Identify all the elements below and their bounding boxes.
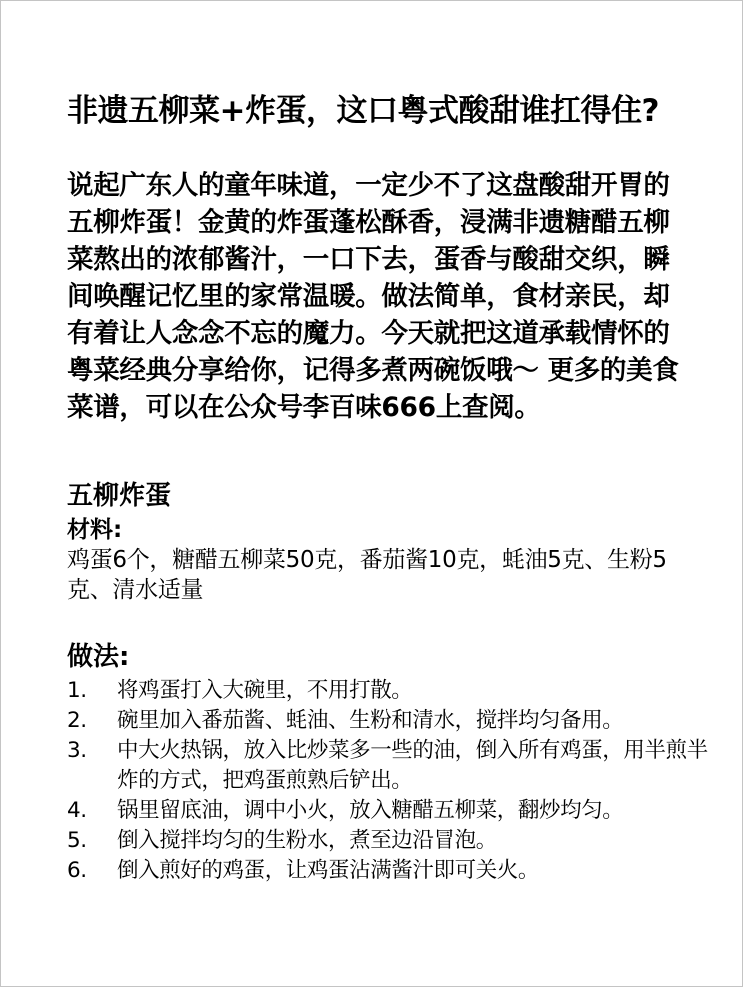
step-item: 3. 中大火热锅，放入比炒菜多一些的油，倒入所有鸡蛋，用半煎半炸的方式，把鸡蛋煎…: [67, 736, 727, 796]
step-item: 4. 锅里留底油，调中小火，放入糖醋五柳菜，翻炒均匀。: [67, 796, 727, 826]
materials-list: 鸡蛋6个，糖醋五柳菜50克，番茄酱10克，蚝油5克、生粉5克、清水适量: [67, 545, 697, 605]
step-number: 3.: [67, 736, 87, 766]
document-page: 非遗五柳菜+炸蛋，这口粤式酸甜谁扛得住? 说起广东人的童年味道，一定少不了这盘酸…: [0, 0, 743, 987]
step-number: 1.: [67, 676, 87, 706]
step-number: 2.: [67, 706, 87, 736]
step-item: 1. 将鸡蛋打入大碗里，不用打散。: [67, 676, 727, 706]
step-number: 6.: [67, 856, 87, 886]
step-text: 倒入搅拌均匀的生粉水，煮至边沿冒泡。: [117, 828, 497, 853]
steps-label: 做法:: [67, 639, 129, 675]
step-item: 5. 倒入搅拌均匀的生粉水，煮至边沿冒泡。: [67, 826, 727, 856]
step-text: 锅里留底油，调中小火，放入糖醋五柳菜，翻炒均匀。: [117, 798, 623, 823]
steps-list: 1. 将鸡蛋打入大碗里，不用打散。 2. 碗里加入番茄酱、蚝油、生粉和清水，搅拌…: [67, 676, 727, 886]
intro-paragraph: 说起广东人的童年味道，一定少不了这盘酸甜开胃的五柳炸蛋！金黄的炸蛋蓬松酥香，浸满…: [67, 167, 687, 426]
recipe-name-heading: 五柳炸蛋: [67, 478, 171, 514]
intro-text: 说起广东人的童年味道，一定少不了这盘酸甜开胃的五柳炸蛋！金黄的炸蛋蓬松酥香，浸满…: [67, 167, 687, 426]
step-text: 将鸡蛋打入大碗里，不用打散。: [117, 678, 412, 703]
materials-label: 材料:: [67, 514, 122, 546]
article-title: 非遗五柳菜+炸蛋，这口粤式酸甜谁扛得住?: [67, 91, 737, 131]
step-item: 6. 倒入煎好的鸡蛋，让鸡蛋沾满酱汁即可关火。: [67, 856, 727, 886]
step-number: 5.: [67, 826, 87, 856]
step-text: 碗里加入番茄酱、蚝油、生粉和清水，搅拌均匀备用。: [117, 708, 623, 733]
step-number: 4.: [67, 796, 87, 826]
step-text: 中大火热锅，放入比炒菜多一些的油，倒入所有鸡蛋，用半煎半炸的方式，把鸡蛋煎熟后铲…: [117, 738, 708, 793]
step-item: 2. 碗里加入番茄酱、蚝油、生粉和清水，搅拌均匀备用。: [67, 706, 727, 736]
step-text: 倒入煎好的鸡蛋，让鸡蛋沾满酱汁即可关火。: [117, 858, 539, 883]
